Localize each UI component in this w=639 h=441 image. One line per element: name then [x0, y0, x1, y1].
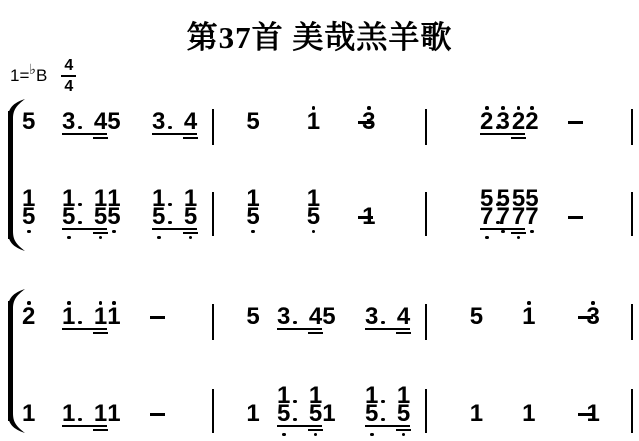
chord: 15 [152, 190, 172, 226]
sixteenth-underline [93, 429, 108, 431]
note-group: 111 [62, 308, 121, 330]
sixteenth-underline [511, 137, 526, 139]
barline [631, 389, 633, 433]
chord: 15 [309, 387, 322, 423]
duration-dot [168, 203, 172, 207]
dash-note [150, 316, 165, 319]
duration-dot [381, 321, 385, 325]
dash-note [358, 121, 373, 124]
note: 1 [62, 405, 82, 423]
note-group: 345 [277, 308, 336, 330]
note: 1 [107, 308, 120, 326]
duration-dot [78, 221, 82, 225]
note: 7 [480, 208, 500, 226]
note-group: 15151 [277, 387, 336, 427]
chord: 15 [397, 387, 410, 423]
note: 1 [22, 405, 35, 423]
duration-dot [168, 126, 172, 130]
octave-dot-down [530, 230, 534, 234]
beamed-group: 34 [62, 113, 107, 135]
octave-dot-down [517, 236, 521, 240]
sixteenth-underline [183, 232, 198, 234]
note: 3 [365, 308, 385, 326]
beamed-group: 1515 [62, 190, 107, 230]
chord: 15 [184, 190, 197, 226]
note: 1 [307, 113, 320, 131]
chord: 15 [246, 190, 259, 226]
octave-dot-down [27, 230, 31, 234]
chord: 15 [365, 387, 385, 423]
score-area: 5345345133222151515151515151515757575721… [0, 0, 639, 441]
barline [212, 192, 214, 236]
sixteenth-underline [93, 137, 108, 139]
octave-dot-down [312, 230, 316, 234]
beamed-group: 1515 [277, 387, 322, 427]
beamed-group: 5757 [480, 190, 525, 230]
note: 1 [322, 405, 335, 423]
sixteenth-underline [396, 429, 411, 431]
octave-dot-up [530, 106, 534, 110]
beamed-group: 34 [365, 308, 410, 330]
barline [425, 389, 427, 433]
note: 5 [307, 208, 320, 226]
octave-dot-up [112, 301, 116, 305]
octave-dot-up [67, 301, 71, 305]
duration-dot [293, 321, 297, 325]
note: 5 [62, 208, 82, 226]
duration-dot [293, 418, 297, 422]
duration-dot [78, 203, 82, 207]
note-group: 34 [365, 308, 410, 330]
chord: 15 [62, 190, 82, 226]
note: 5 [309, 405, 322, 423]
note: 5 [246, 308, 259, 326]
octave-dot-down [501, 230, 505, 234]
note: 1 [246, 405, 259, 423]
duration-dot [381, 418, 385, 422]
barline [631, 109, 633, 145]
octave-dot-down [251, 230, 255, 234]
note: 5 [397, 405, 410, 423]
chord: 15 [107, 190, 120, 226]
chord: 57 [525, 190, 538, 226]
note: 4 [397, 308, 410, 326]
note: 1 [94, 308, 107, 326]
note-group: 1515 [365, 387, 410, 427]
note: 2 [22, 308, 35, 326]
note: 5 [470, 308, 483, 326]
note: 7 [525, 208, 538, 226]
octave-dot-up [27, 301, 31, 305]
melody-1: 5345345133222 [0, 113, 639, 134]
note-group: 1515 [152, 190, 197, 230]
sixteenth-underline [308, 429, 323, 431]
duration-dot [78, 321, 82, 325]
octave-dot-down [485, 236, 489, 240]
note: 5 [107, 208, 120, 226]
beamed-group: 34 [277, 308, 322, 330]
dash-note [578, 316, 593, 319]
barline [212, 304, 214, 340]
barline [631, 192, 633, 236]
barline [425, 109, 427, 145]
barline [212, 389, 214, 433]
melody-2: 2111534534513 [0, 308, 639, 329]
chord: 57 [512, 190, 525, 226]
beamed-group: 11 [62, 308, 107, 330]
note: 3 [277, 308, 297, 326]
barline [425, 304, 427, 340]
note: 4 [184, 113, 197, 131]
beamed-group: 22 [480, 113, 525, 135]
octave-dot-down [189, 236, 193, 240]
note: 1 [62, 308, 82, 326]
note-group: 151515 [62, 190, 121, 230]
octave-dot-down [157, 236, 161, 240]
chord: 15 [94, 190, 107, 226]
barline [212, 109, 214, 145]
barline [425, 192, 427, 236]
duration-dot [293, 400, 297, 404]
note: 2 [512, 113, 525, 131]
dash-note [150, 413, 165, 416]
duration-dot [496, 203, 500, 207]
note: 1 [470, 405, 483, 423]
duration-dot [381, 400, 385, 404]
note-group: 222 [480, 113, 539, 135]
sixteenth-underline [93, 232, 108, 234]
note: 1 [94, 405, 107, 423]
octave-dot-up [367, 106, 371, 110]
note-group: 34 [152, 113, 197, 135]
note-group: 575757 [480, 190, 539, 230]
note: 5 [365, 405, 385, 423]
octave-dot-down [314, 433, 318, 437]
octave-dot-down [112, 230, 116, 234]
octave-dot-down [370, 433, 374, 437]
sheet-music-page: 第37首 美哉羔羊歌 1=♭B 4 4 53453451332221515151… [0, 0, 639, 441]
note-group: 111 [62, 405, 121, 427]
duration-dot [168, 221, 172, 225]
note: 3 [152, 113, 172, 131]
note: 5 [152, 208, 172, 226]
octave-dot-down [402, 433, 406, 437]
dash-note [568, 216, 583, 219]
beamed-group: 34 [152, 113, 197, 135]
note: 4 [309, 308, 322, 326]
chord: 57 [480, 190, 500, 226]
bass-2: 11111151511515111 [0, 387, 639, 408]
note: 3 [62, 113, 82, 131]
beamed-group: 1515 [152, 190, 197, 230]
note: 2 [525, 113, 538, 131]
dash-note [568, 121, 583, 124]
octave-dot-down [99, 236, 103, 240]
octave-dot-up [501, 106, 505, 110]
dash-note [358, 216, 373, 219]
octave-dot-up [99, 301, 103, 305]
sixteenth-underline [183, 137, 198, 139]
note: 5 [22, 208, 35, 226]
note: 5 [277, 405, 297, 423]
note: 5 [22, 113, 35, 131]
sixteenth-underline [93, 332, 108, 334]
note: 1 [522, 405, 535, 423]
octave-dot-up [485, 106, 489, 110]
octave-dot-up [312, 106, 316, 110]
note: 5 [246, 113, 259, 131]
bass-1: 1515151515151515157575757 [0, 190, 639, 226]
note: 5 [246, 208, 259, 226]
beamed-group: 11 [62, 405, 107, 427]
duration-dot [78, 126, 82, 130]
note: 7 [512, 208, 525, 226]
sixteenth-underline [308, 332, 323, 334]
note: 5 [107, 113, 120, 131]
note: 1 [522, 308, 535, 326]
note: 1 [107, 405, 120, 423]
note: 5 [322, 308, 335, 326]
note-group: 345 [62, 113, 121, 135]
octave-dot-up [591, 301, 595, 305]
note: 5 [94, 208, 107, 226]
duration-dot [78, 418, 82, 422]
note: 5 [184, 208, 197, 226]
duration-dot [496, 126, 500, 130]
chord: 15 [277, 387, 297, 423]
barline [631, 304, 633, 340]
chord: 15 [22, 190, 35, 226]
note: 2 [480, 113, 500, 131]
sixteenth-underline [396, 332, 411, 334]
octave-dot-down [282, 433, 286, 437]
chord: 15 [307, 190, 320, 226]
beamed-group: 1515 [365, 387, 410, 427]
octave-dot-up [527, 301, 531, 305]
dash-note [578, 413, 593, 416]
note: 4 [94, 113, 107, 131]
octave-dot-down [67, 236, 71, 240]
octave-dot-up [517, 106, 521, 110]
sixteenth-underline [511, 232, 526, 234]
duration-dot [496, 221, 500, 225]
